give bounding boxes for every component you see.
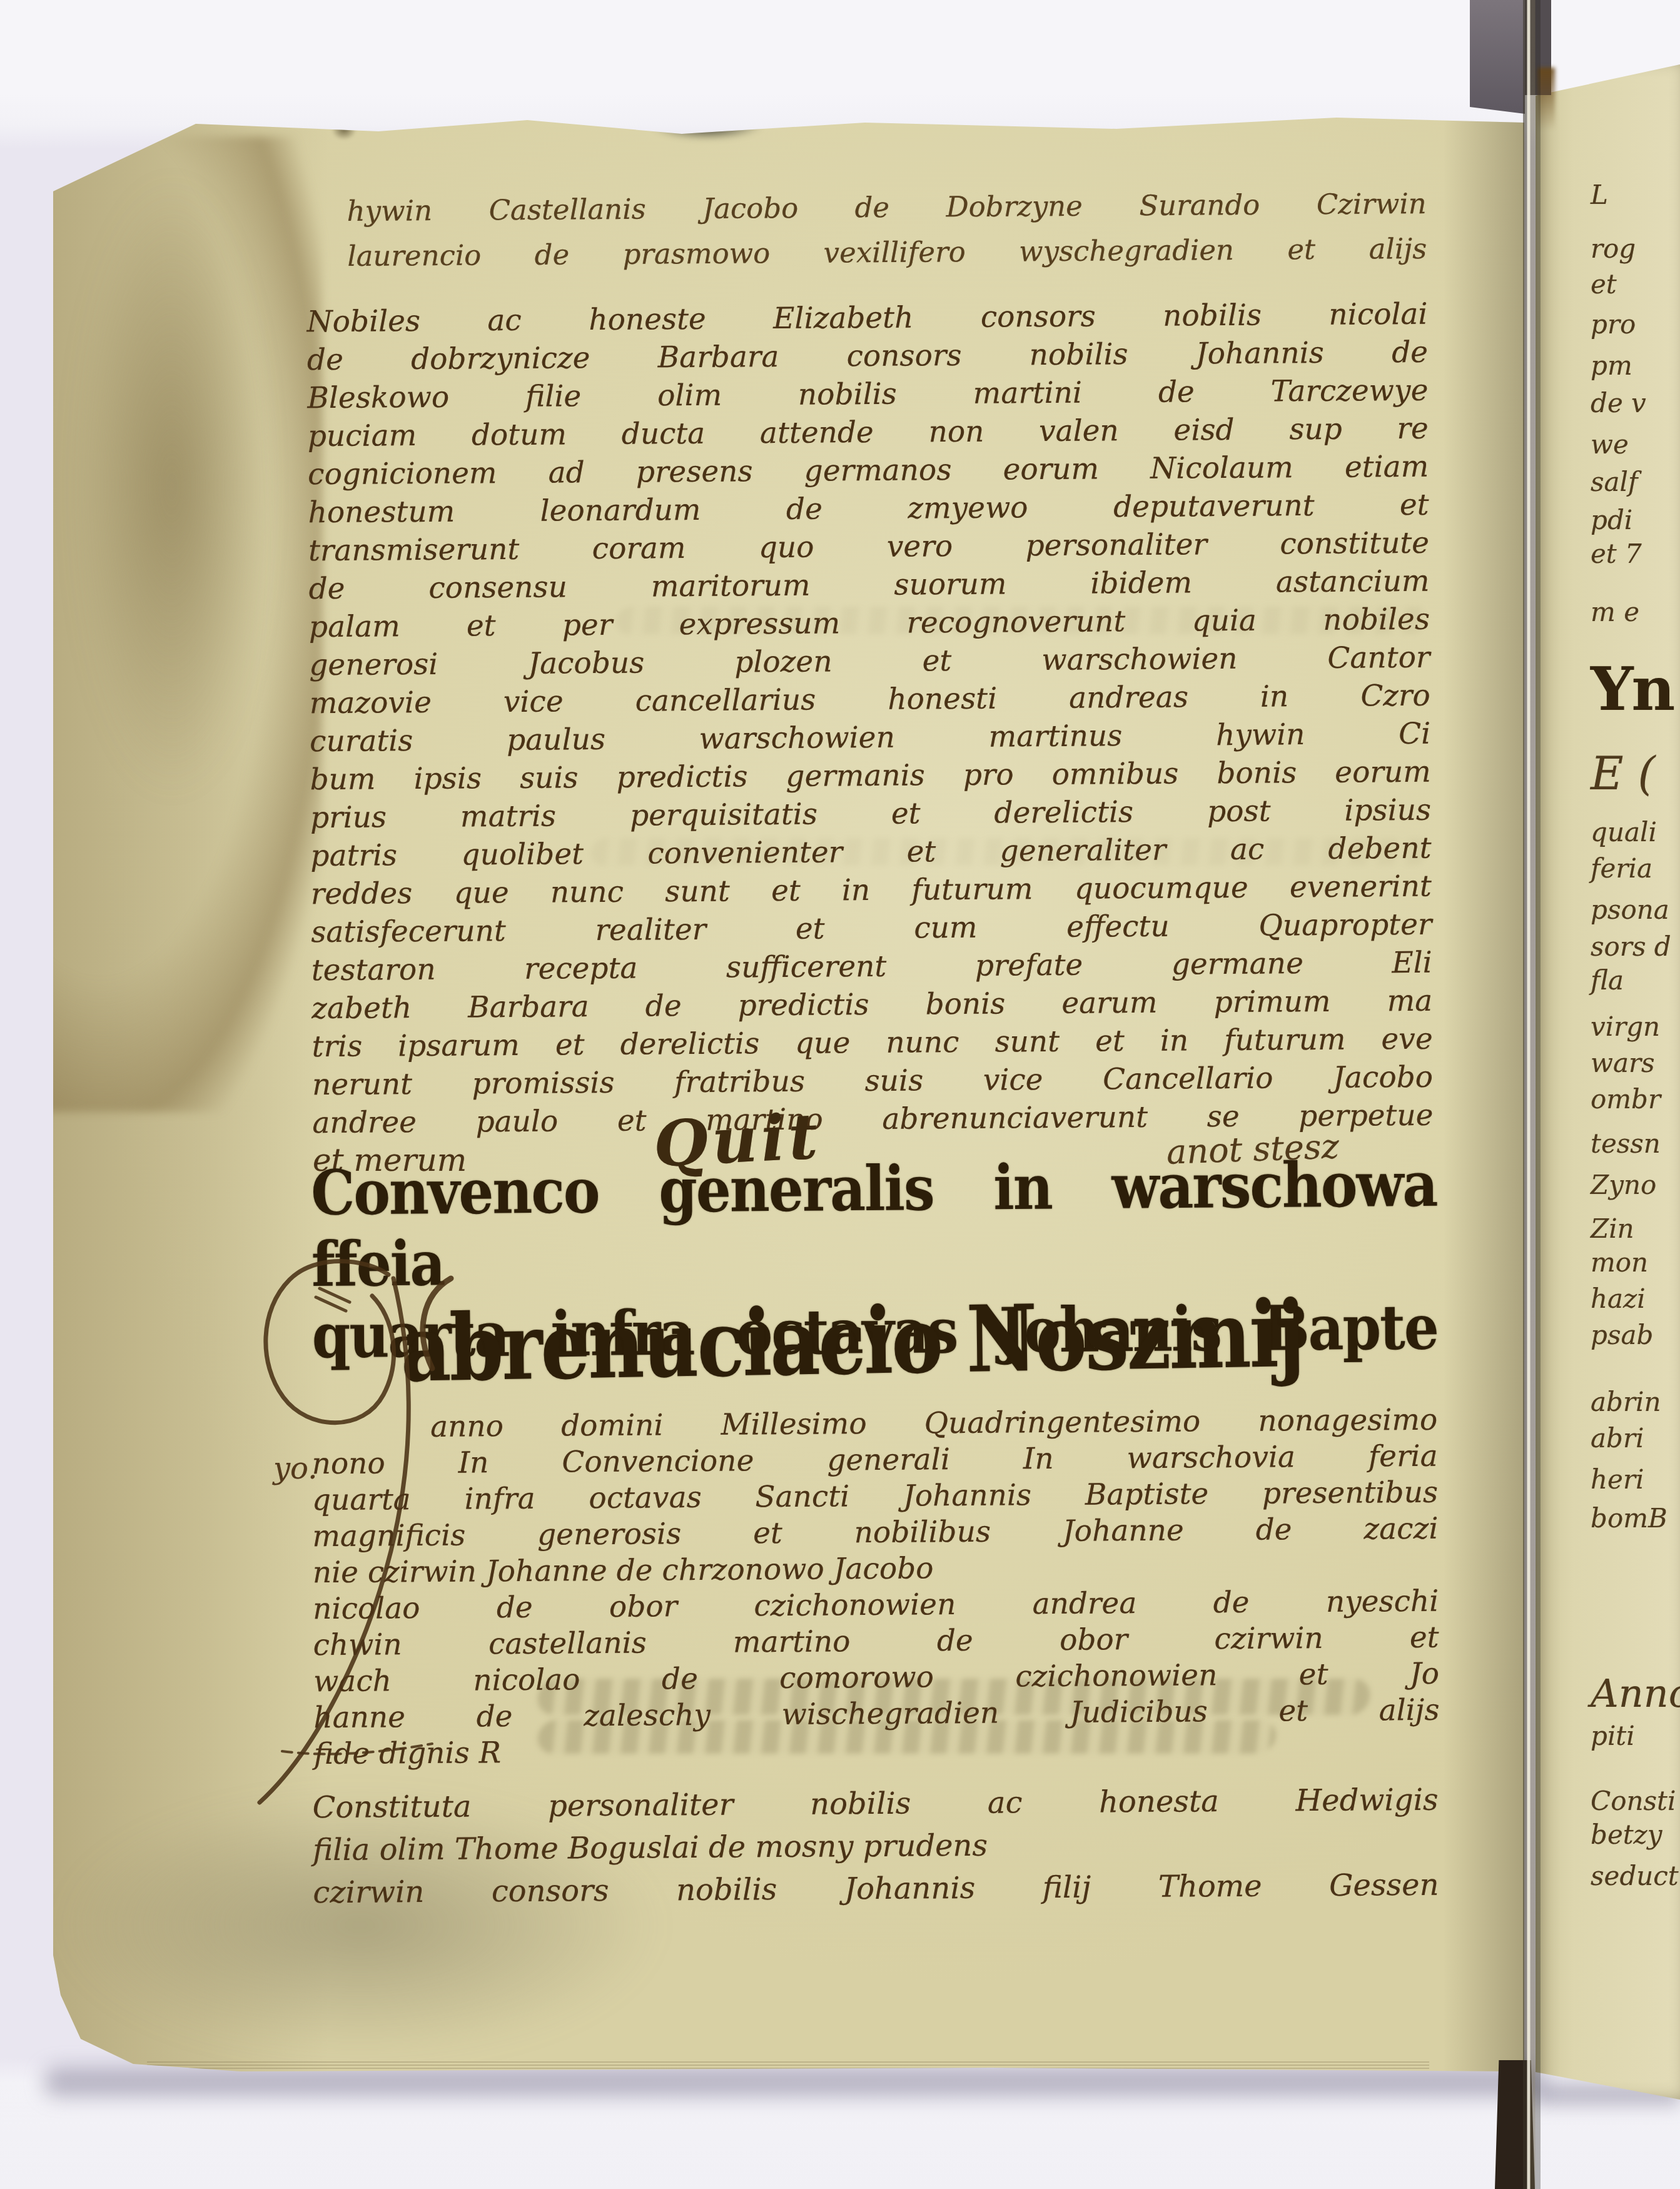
page-fragment: L xyxy=(1591,179,1608,210)
page-fragment: abri xyxy=(1591,1423,1644,1453)
page-fragment: psab xyxy=(1591,1320,1653,1350)
entry-line: filia olim Thome Boguslai de mosny prude… xyxy=(313,1821,1439,1872)
entry-2-text: anno domini Millesimo Quadringentesimo n… xyxy=(311,1402,1440,1773)
page-fragment: seduct xyxy=(1591,1861,1679,1891)
page-fragment: quali xyxy=(1591,817,1657,847)
entry-line: czirwin consors nobilis Johannis filij T… xyxy=(313,1864,1439,1914)
page-fragment: Zyno xyxy=(1591,1170,1656,1200)
page-fragment: Consti xyxy=(1591,1786,1676,1816)
entry-3-text: Constituta personaliter nobilis ac hones… xyxy=(312,1779,1439,1914)
page-fragment: betzy xyxy=(1591,1819,1662,1850)
page-fragment: we xyxy=(1591,429,1629,460)
page-fragment: mon xyxy=(1591,1247,1648,1278)
page-fragment: pdi xyxy=(1591,505,1632,535)
right-page: L rog et pro pm de v we salf pdi et 7 m … xyxy=(1536,59,1680,2100)
page-fragment: rog xyxy=(1591,233,1636,264)
opening-line: laurencio de prasmowo vexillifero wysche… xyxy=(347,226,1427,279)
binding-gutter xyxy=(1523,0,1541,2189)
manuscript-photo: hywin Castellanis Jacobo de Dobrzyne Sur… xyxy=(0,0,1680,2189)
opening-note: hywin Castellanis Jacobo de Dobrzyne Sur… xyxy=(347,181,1427,279)
entry-line: fide dignis R xyxy=(314,1729,1440,1773)
stain-top-left xyxy=(78,180,266,793)
page-fragment: bomB xyxy=(1591,1503,1667,1534)
page-fragment: hazi xyxy=(1591,1283,1646,1314)
page-fragment: pm xyxy=(1591,350,1632,381)
page-fragment: fla xyxy=(1591,965,1624,996)
session-heading-line-1: Convenco generalis in warschowa ffeia xyxy=(311,1148,1437,1300)
page-fragment: feria xyxy=(1591,853,1652,884)
page-fragment: E ( xyxy=(1591,747,1656,800)
entry-1-text: Nobiles ac honeste Elizabeth consors nob… xyxy=(306,295,1433,1142)
abrenunciation-heading: abrenuciacio Noszmij xyxy=(400,1281,1303,1403)
page-fragment-heading: Yn xyxy=(1591,654,1673,724)
page-fragment: m e xyxy=(1591,597,1639,627)
page-fragment: virgn xyxy=(1591,1011,1660,1042)
page-fragment: heri xyxy=(1591,1464,1644,1495)
left-page: hywin Castellanis Jacobo de Dobrzyne Sur… xyxy=(53,111,1524,2075)
page-shadow xyxy=(44,2068,1545,2096)
page-fragment: abrin xyxy=(1591,1387,1661,1417)
spine-strip-top xyxy=(1470,0,1525,114)
page-fragment: tessn xyxy=(1591,1128,1661,1159)
page-fragment: et xyxy=(1591,269,1617,300)
page-fragment: et 7 xyxy=(1591,538,1642,569)
page-fragment: salf xyxy=(1591,467,1638,497)
page-fragment: pro xyxy=(1591,309,1636,340)
page-fragment: sors d xyxy=(1591,931,1671,962)
opening-line: hywin Castellanis Jacobo de Dobrzyne Sur… xyxy=(347,181,1427,234)
page-fragment: Anno xyxy=(1591,1671,1680,1716)
stain-gutter-side xyxy=(1443,111,1524,2075)
page-fragment: piti xyxy=(1591,1721,1635,1751)
page-fragment: ombr xyxy=(1591,1084,1661,1115)
page-fragment: de v xyxy=(1591,388,1646,418)
page-fragment: wars xyxy=(1591,1048,1655,1078)
entry-line: Constituta personaliter nobilis ac hones… xyxy=(312,1779,1438,1829)
page-fragment: psona xyxy=(1591,894,1669,925)
page-fragment: Zin xyxy=(1591,1213,1634,1244)
